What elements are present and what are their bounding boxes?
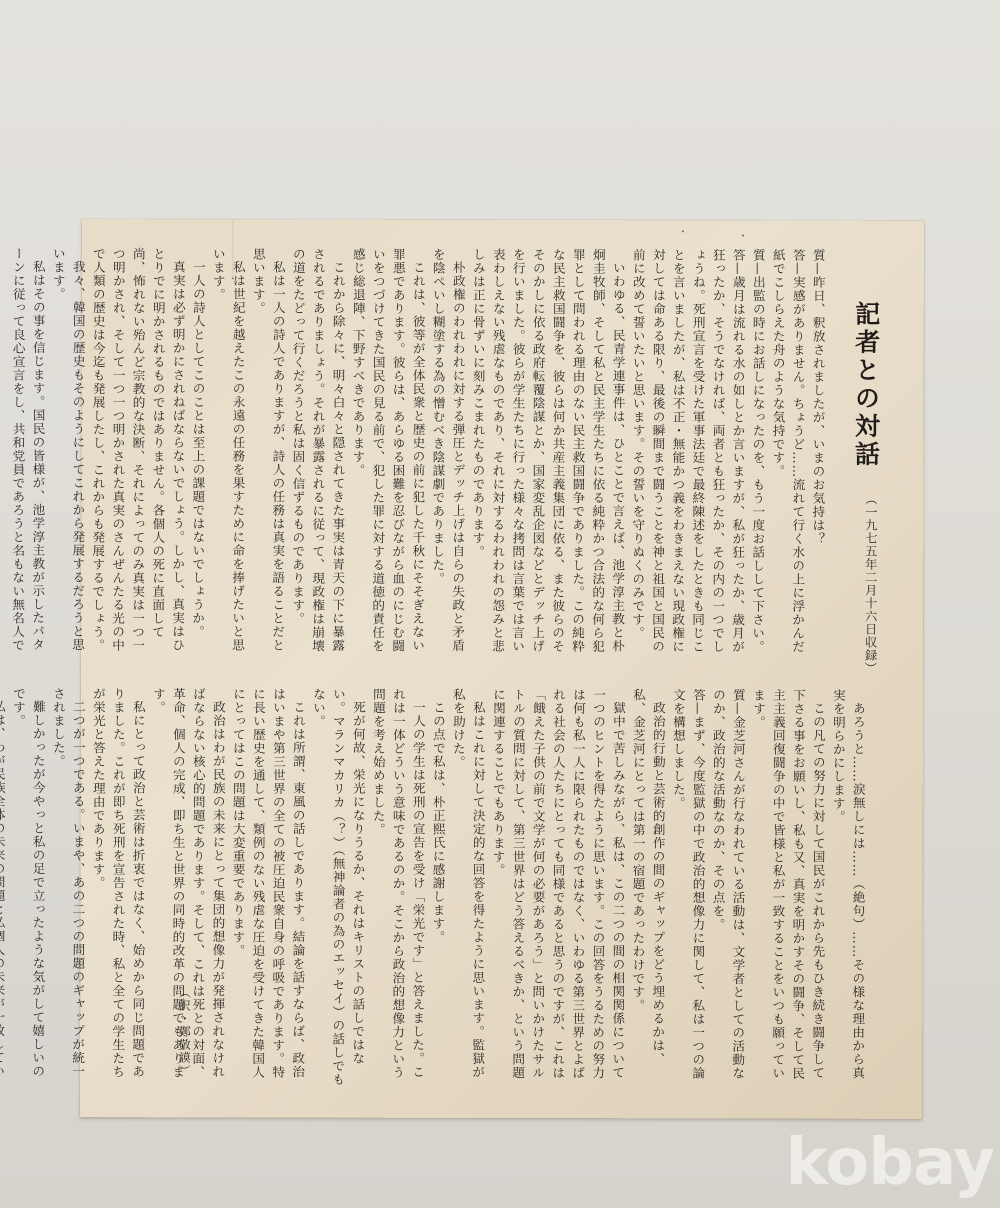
paragraph-text: 私はこれに対して決定的な回答を得たように思います。監獄が私を助けた。 [451,688,486,1079]
paragraph: あろうと……涙無しには……（絶句）……その様な理由から真実を明らかにします。 [827,689,868,1093]
paragraph: いわゆる、民青学連事件は、ひとことで言えば、池学淳主教と朴炯圭牧師、そして私と民… [467,248,628,658]
paragraph: 答—実感がありません。ちょうど……流れて行く水の上に浮かんだ紙でこしらえた舟のよ… [767,249,808,659]
paragraph: 真実は必ず明かにされねばならないでしょう。しかし、真実はひとりでに明かされるもの… [87,247,188,657]
paragraph: 私は、わが民族全体の未来の問題と私個人の未来が一致していることを感ずることができ… [0,687,8,1091]
paragraph: 二つが一つである。いまや、あの二つの問題のギャップが統一されました。 [47,687,88,1091]
paragraph: 朴政権のわれわれに対する弾圧とデッチ上げは自らの失政と矛盾を陰ぺいし糊塗する為の… [427,248,468,658]
paragraph: 質—出監の時にお話しになったのを、もう一度お話しして下さい。 [747,249,768,659]
paragraph: これは、彼等が全体民衆と歴史の前に犯した千秋にそそぎえない罪悪であります。彼らは… [347,248,428,658]
paragraph-text: 二つが一つである。いまや、あの二つの問題のギャップが統一されました。 [51,687,86,1078]
paragraph-text: これから除々に、明々白々と隠されてきた事実は青天の下に暴露されるでありましょう。… [290,248,346,653]
speaker-label: 質— [731,688,746,715]
speaker-label: 答— [791,249,806,276]
paragraph-text: 我々、韓国の歴史もそのようにしてこれから発展するだろうと思います。 [51,247,86,651]
paragraph-text: 私は、わが民族全体の未来の問題と私個人の未来が一致していることを感ずることができ… [0,687,6,1078]
paragraph-text: 私はその事を信じます。国民の皆様が、池学淳主教が示したパターンに従って良心宣言を… [10,247,46,652]
paragraph-text: 政治的行動と芸術的創作の間のギャップをどう埋めるかは、私、金芝河にとっては第一の… [630,688,666,1065]
paragraph: 質—金芝河さんが行なわれている活動は、文学者としての活動なのか、政治的な活動なの… [707,688,748,1092]
paragraph-text: 獄中で苦しみながら、私は、この二つの間の相関関係について一つのヒントを得たように… [491,688,626,1080]
paragraph-text: 私は一人の詩人でありますが、詩人の任務は真実を語ることだと思います。 [251,247,286,651]
paragraph: 私は世紀を越えたこの永遠の任務を果すために命を捧げたいと思います。 [207,247,248,657]
paragraph: 私はこれに対して決定的な回答を得たように思います。監獄が私を助けた。 [447,688,488,1092]
speaker-label: 答— [691,688,706,715]
paragraph-text: これは、彼等が全体民衆と歴史の前に犯した千秋にそそぎえない罪悪であります。彼らは… [350,248,425,653]
paragraph: これは所謂、東風の話しであります。結論を話すならば、政治はいまや第三世界の全ての… [227,687,308,1091]
recording-date: （一九七五年二月十六日収録） [861,493,879,675]
paragraph-text: 真実は必ず明かにされねばならないでしょう。しかし、真実はひとりでに明かされるもの… [90,247,186,652]
paragraph: これから除々に、明々白々と隠されてきた事実は青天の下に暴露されるでありましょう。… [287,248,348,658]
paragraph: 一人の学生は死刑の宣告を受け「栄光です」と答えました。これは一体どういう意味であ… [367,688,428,1092]
paragraph-text: この点で私は、朴正熙氏に感謝します。 [430,700,446,943]
paragraph: 政治的行動と芸術的創作の間のギャップをどう埋めるかは、私、金芝河にとっては第一の… [627,688,668,1092]
paragraph-text: 一人の学生は死刑の宣告を受け「栄光です」と答えました。これは一体どういう意味であ… [371,688,426,1080]
paragraph-text: この凡ての努力に対して国民がこれから先もひき続き闘争して下さる事をお願いし、私も… [751,689,826,1081]
paragraph: 死が何故、栄光になりうるか、それはキリストの話しではない。マランマカリカ（？）（… [307,688,368,1092]
paragraph: 私は一人の詩人でありますが、詩人の任務は真実を語ることだと思います。 [247,247,288,657]
paragraph: 我々、韓国の歴史もそのようにしてこれから発展するだろうと思います。 [47,247,88,657]
speaker-label: 答— [731,248,746,275]
paragraph-text: 昨日、釈放されましたが、いまのお気持は？ [810,276,826,546]
paragraph: 獄中で苦しみながら、私は、この二つの間の相関関係について一つのヒントを得たように… [487,688,628,1092]
paragraph-text: 歳月は流れる水の如しとか言いますが、私が狂ったか、歳月が狂ったか、そうでなければ… [630,248,746,653]
paragraph-text: 出監の時にお話しになったのを、もう一度お話しして下さい。 [750,276,766,654]
paragraph: 難しかったが今やっと私の足で立ったような気がして嬉しいのです。 [7,687,48,1091]
paragraph-text: 一人の詩人としてこのことは至上の課題ではないでしょうか。 [190,260,206,638]
paragraph: 私はその事を信じます。国民の皆様が、池学淳主教が示したパターンに従って良心宣言を… [7,247,48,657]
paragraph: 一人の詩人としてこのことは至上の課題ではないでしょうか。 [187,247,208,657]
paragraph-text: これは所謂、東風の話しであります。結論を話すならば、政治はいまや第三世界の全ての… [230,687,306,1079]
paragraph-text: 実感がありません。ちょうど……流れて行く水の上に浮かんだ紙でこしらえた舟のような… [770,249,805,654]
paragraph-text: あろうと……涙無しには……（絶句）……その様な理由から真実を明らかにします。 [831,689,866,1080]
paragraph-text: 朴政権のわれわれに対する弾圧とデッチ上げは自らの失政と矛盾を陰ぺいし糊塗する為の… [430,248,466,652]
paragraph-text: 難しかったが今やっと私の足で立ったような気がして嬉しいのです。 [11,687,46,1078]
translator-credit: （訳・鄭敬謨） [176,986,193,1077]
interview-bottom-section: あろうと……涙無しには……（絶句）……その様な理由から真実を明らかにします。この… [0,687,868,1093]
interview-top-section: 質—昨日、釈放されましたが、いまのお気持は？答—実感がありません。ちょうど……流… [7,247,828,659]
speaker-label: 質— [811,249,826,276]
document-title: 記者との対話 [847,301,883,469]
speaker-label: 質— [751,249,766,276]
paragraph-text: まず、今度監獄の中で政治的想像力に関して、私は一つの論文を構想しました。 [671,688,706,1080]
paragraph: 私にとって政治と芸術は折衷ではなく、始めから同じ問題でありました。これが即ち死刑… [87,687,148,1091]
paragraph-text: 金芝河さんが行なわれている活動は、文学者としての活動なのか、政治的な活動なのか、… [710,688,745,1080]
paragraph-text: いわゆる、民青学連事件は、ひとことで言えば、池学淳主教と朴炯圭牧師、そして私と民… [470,248,626,653]
paragraph: 答—歳月は流れる水の如しとか言いますが、私が狂ったか、歳月が狂ったか、そうでなけ… [627,248,748,658]
paragraph-text: 死が何故、栄光になりうるか、それはキリストの話しではない。マランマカリカ（？）（… [311,688,366,1087]
paragraph-text: 私は世紀を越えたこの永遠の任務を果すために命を捧げたいと思います。 [211,247,246,651]
paragraph: 質—昨日、釈放されましたが、いまのお気持は？ [807,249,828,659]
paragraph: 答—まず、今度監獄の中で政治的想像力に関して、私は一つの論文を構想しました。 [667,688,708,1092]
watermark-logo: kobay [785,1126,994,1200]
document-sheet: 記者との対話 （一九七五年二月十六日収録） 質—昨日、釈放されましたが、いまのお… [80,219,924,1119]
paragraph-text: 私にとって政治と芸術は折衷ではなく、始めから同じ問題でありました。これが即ち死刑… [91,687,146,1079]
paragraph: この凡ての努力に対して国民がこれから先もひき続き闘争して下さる事をお願いし、私も… [747,689,828,1093]
paragraph: この点で私は、朴正熙氏に感謝します。 [427,688,448,1092]
